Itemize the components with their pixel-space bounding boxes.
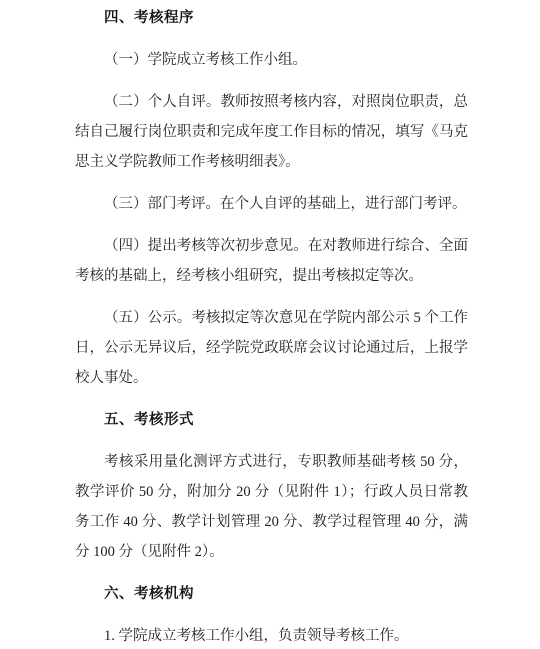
- document-body: 四、考核程序（一）学院成立考核工作小组。（二）个人自评。教师按照考核内容，对照岗…: [75, 3, 468, 649]
- paragraph: 1. 学院成立考核工作小组，负责领导考核工作。: [75, 621, 468, 649]
- document-page: 四、考核程序（一）学院成立考核工作小组。（二）个人自评。教师按照考核内容，对照岗…: [0, 0, 540, 649]
- paragraph: （一）学院成立考核工作小组。: [75, 45, 468, 75]
- section-heading: 五、考核形式: [75, 405, 468, 435]
- paragraph: （二）个人自评。教师按照考核内容，对照岗位职责，总结自己履行岗位职责和完成年度工…: [75, 87, 468, 177]
- section-heading: 六、考核机构: [75, 579, 468, 609]
- section-heading: 四、考核程序: [75, 3, 468, 33]
- paragraph: （四）提出考核等次初步意见。在对教师进行综合、全面考核的基础上，经考核小组研究，…: [75, 231, 468, 291]
- paragraph: （五）公示。考核拟定等次意见在学院内部公示 5 个工作日，公示无异议后，经学院党…: [75, 303, 468, 393]
- paragraph: 考核采用量化测评方式进行，专职教师基础考核 50 分，教学评价 50 分，附加分…: [75, 447, 468, 567]
- paragraph: （三）部门考评。在个人自评的基础上，进行部门考评。: [75, 189, 468, 219]
